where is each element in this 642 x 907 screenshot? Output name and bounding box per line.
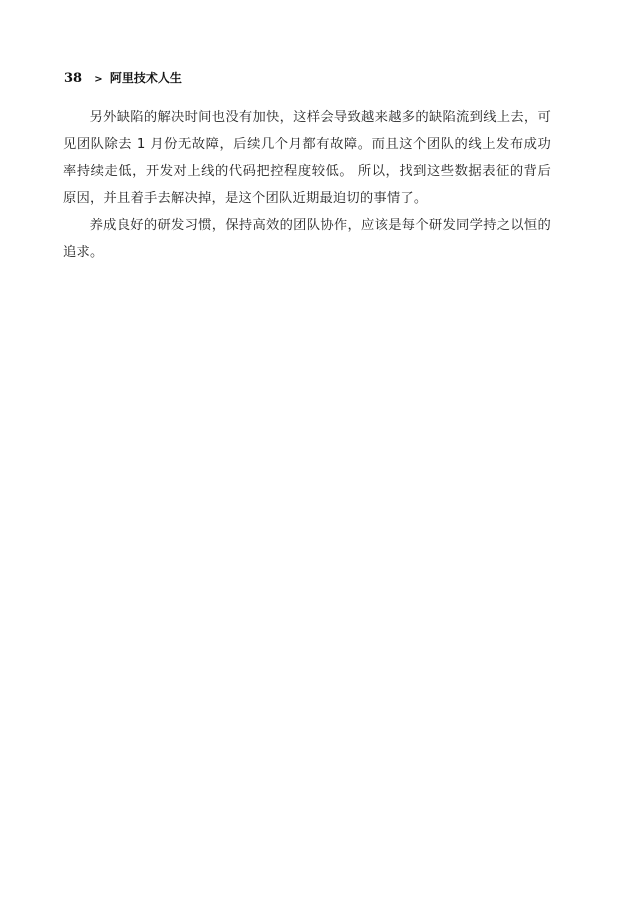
- paragraph: 另外缺陷的解决时间也没有加快，这样会导致越来越多的缺陷流到线上去，可见团队除去 …: [63, 104, 551, 212]
- page-number: 38: [64, 71, 82, 86]
- body-text: 另外缺陷的解决时间也没有加快，这样会导致越来越多的缺陷流到线上去，可见团队除去 …: [63, 104, 551, 266]
- page-header: 38 > 阿里技术人生: [64, 70, 182, 88]
- book-title: 阿里技术人生: [110, 71, 182, 85]
- header-separator: >: [94, 74, 102, 85]
- paragraph: 养成良好的研发习惯，保持高效的团队协作，应该是每个研发同学持之以恒的追求。: [63, 212, 551, 266]
